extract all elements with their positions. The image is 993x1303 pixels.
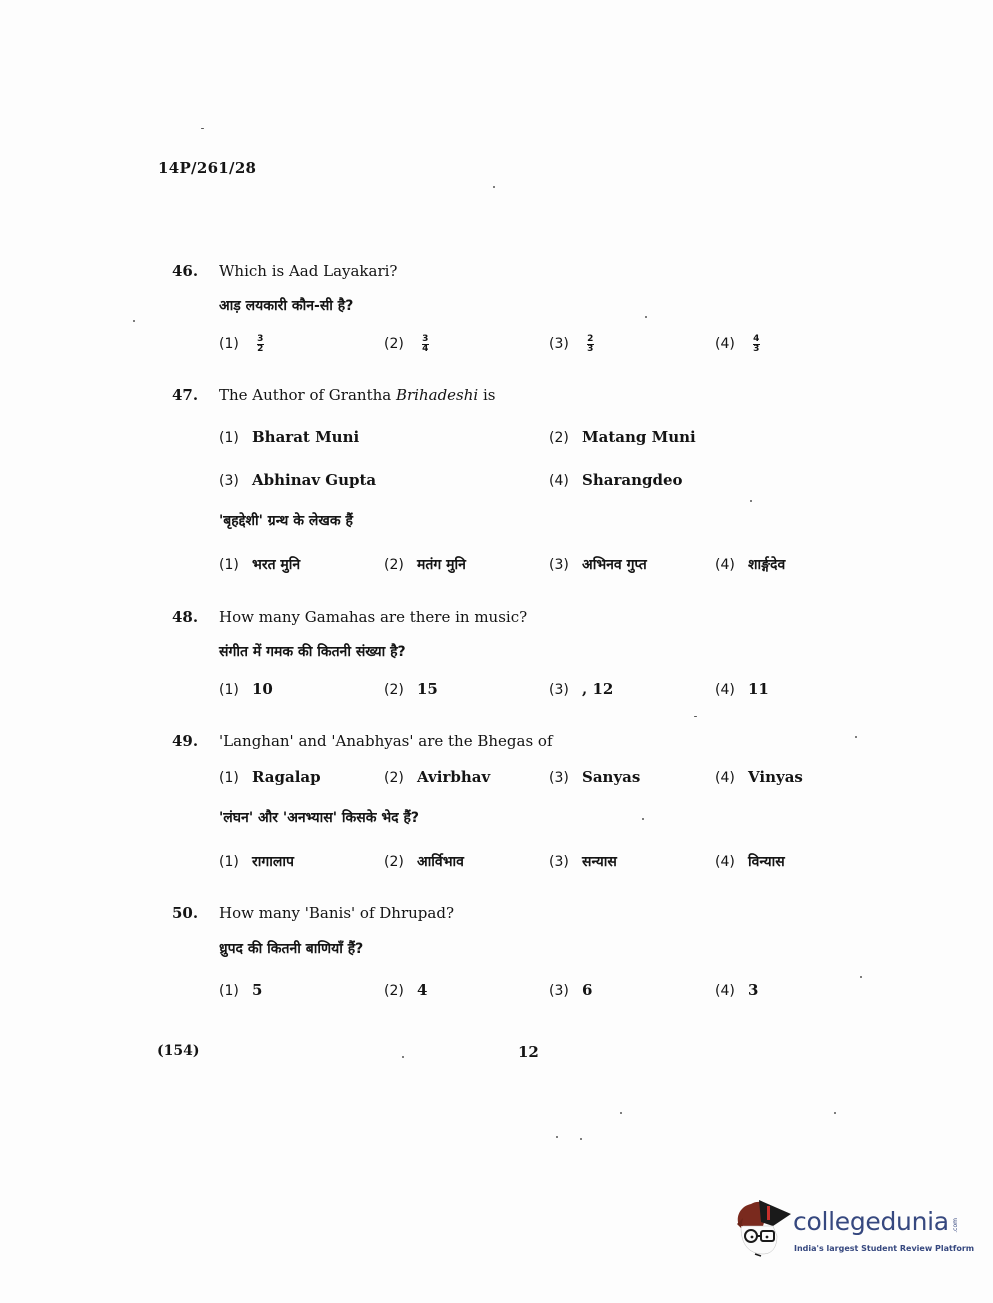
- option-label: (3): [549, 336, 582, 352]
- option-label: (2): [384, 854, 417, 870]
- option-value: मतंग मुनि: [417, 557, 466, 573]
- option-value: Ragalap: [252, 768, 321, 786]
- denominator: 3: [753, 345, 759, 354]
- option-value: 3: [748, 981, 758, 999]
- denominator: 4: [422, 345, 428, 354]
- denominator: 3: [587, 345, 593, 354]
- option-4: (4) 43: [715, 334, 760, 354]
- option-label: (4): [715, 682, 748, 698]
- option-label: (4): [715, 983, 748, 999]
- option-label: (1): [219, 682, 252, 698]
- option-label: (3): [549, 983, 582, 999]
- option-value: आर्विभाव: [417, 854, 464, 870]
- denominator: 2: [257, 345, 263, 354]
- option-label: (4): [715, 770, 748, 786]
- option-4-en: (4)Vinyas: [715, 768, 803, 786]
- question-number: 46.: [172, 262, 198, 280]
- option-4: (4)11: [715, 680, 769, 698]
- option-label: (2): [384, 336, 417, 352]
- option-2-en: (2)Avirbhav: [384, 768, 490, 786]
- option-label: (2): [549, 430, 582, 446]
- scan-speck: [860, 976, 862, 978]
- option-value: Vinyas: [748, 768, 803, 786]
- option-3-hi: (3)अभिनव गुप्त: [549, 555, 647, 574]
- option-value: 5: [252, 981, 262, 999]
- fraction: 32: [257, 335, 264, 354]
- option-value: 4: [417, 981, 427, 999]
- option-1-en: (1)Ragalap: [219, 768, 321, 786]
- brand-name: collegedunia: [793, 1207, 949, 1236]
- question-number: 48.: [172, 608, 198, 626]
- paper-code: 14P/261/28: [158, 159, 256, 177]
- option-label: (1): [219, 557, 252, 573]
- option-label: (2): [384, 682, 417, 698]
- option-label: (4): [715, 336, 748, 352]
- fraction: 43: [753, 335, 760, 354]
- scan-speck: [750, 500, 752, 502]
- option-label: (4): [715, 854, 748, 870]
- option-value: भरत मुनि: [252, 557, 300, 573]
- option-label: (2): [384, 557, 417, 573]
- option-4-hi: (4)विन्यास: [715, 852, 785, 871]
- option-3-en: (3)Abhinav Gupta: [219, 471, 376, 489]
- question-text-en: The Author of Grantha Brihadeshi is: [219, 386, 495, 404]
- scan-speck: [580, 1138, 582, 1140]
- option-label: (1): [219, 336, 252, 352]
- option-1-hi: (1)रागालाप: [219, 852, 294, 871]
- option-label: (1): [219, 770, 252, 786]
- footer-code: (154): [157, 1043, 199, 1059]
- option-value: रागालाप: [252, 854, 294, 870]
- text-part: is: [478, 386, 495, 404]
- option-4-hi: (4)शार्ङ्गदेव: [715, 555, 785, 574]
- fraction: 23: [587, 335, 594, 354]
- option-label: (1): [219, 983, 252, 999]
- option-value: सन्यास: [582, 854, 617, 870]
- option-value: Bharat Muni: [252, 428, 359, 446]
- question-number: 47.: [172, 386, 198, 404]
- option-3-en: (3)Sanyas: [549, 768, 640, 786]
- option-value: शार्ङ्गदेव: [748, 557, 785, 573]
- option-label: (1): [219, 854, 252, 870]
- option-1: (1)5: [219, 981, 262, 999]
- option-2-en: (2)Matang Muni: [549, 428, 696, 446]
- numerator: 3: [422, 335, 428, 344]
- scan-speck: [642, 818, 644, 820]
- option-value: , 12: [582, 680, 613, 698]
- scan-speck: [133, 320, 135, 322]
- option-3: (3) 23: [549, 334, 594, 354]
- mascot-icon: [733, 1196, 793, 1262]
- question-text-hi: ध्रुपद की कितनी बाणियाँ हैं?: [219, 939, 363, 958]
- option-label: (4): [715, 557, 748, 573]
- question-text-en: Which is Aad Layakari?: [219, 262, 397, 280]
- question-number: 50.: [172, 904, 198, 922]
- option-3: (3), 12: [549, 680, 613, 698]
- option-label: (1): [219, 430, 252, 446]
- brand-domain: .com: [952, 1218, 959, 1233]
- option-1: (1)10: [219, 680, 273, 698]
- scan-speck: [694, 716, 697, 717]
- option-value: 10: [252, 680, 273, 698]
- option-4-en: (4)Sharangdeo: [549, 471, 683, 489]
- numerator: 3: [257, 335, 263, 344]
- question-text-en: 'Langhan' and 'Anabhyas' are the Bhegas …: [219, 732, 553, 750]
- option-1-hi: (1)भरत मुनि: [219, 555, 300, 574]
- option-label: (2): [384, 770, 417, 786]
- option-2: (2)15: [384, 680, 438, 698]
- option-2: (2) 34: [384, 334, 429, 354]
- book-title: Brihadeshi: [396, 386, 478, 404]
- question-number: 49.: [172, 732, 198, 750]
- question-text-en: How many Gamahas are there in music?: [219, 608, 527, 626]
- scan-speck: [493, 186, 495, 188]
- numerator: 2: [587, 335, 593, 344]
- option-1-en: (1)Bharat Muni: [219, 428, 359, 446]
- option-2: (2)4: [384, 981, 427, 999]
- scan-speck: [620, 1112, 622, 1114]
- collegedunia-watermark: collegedunia .com India's largest Studen…: [733, 1196, 963, 1266]
- option-label: (2): [384, 983, 417, 999]
- option-value: अभिनव गुप्त: [582, 557, 647, 573]
- option-label: (3): [549, 557, 582, 573]
- text-part: The Author of Grantha: [219, 386, 396, 404]
- option-label: (3): [549, 854, 582, 870]
- numerator: 4: [753, 335, 759, 344]
- option-3-hi: (3)सन्यास: [549, 852, 617, 871]
- question-text-en: How many 'Banis' of Dhrupad?: [219, 904, 454, 922]
- scan-speck: [201, 128, 204, 129]
- option-label: (3): [549, 682, 582, 698]
- option-label: (4): [549, 473, 582, 489]
- option-label: (3): [219, 473, 252, 489]
- question-text-hi: 'बृहद्देशी' ग्रन्थ के लेखक हैं: [219, 511, 353, 530]
- question-text-hi: 'लंघन' और 'अनभ्यास' किसके भेद हैं?: [219, 808, 419, 827]
- option-value: 15: [417, 680, 438, 698]
- option-3: (3)6: [549, 981, 592, 999]
- option-label: (3): [549, 770, 582, 786]
- scan-speck: [556, 1136, 558, 1138]
- option-value: विन्यास: [748, 854, 785, 870]
- question-text-hi: आड़ लयकारी कौन-सी है?: [219, 296, 353, 315]
- option-value: Matang Muni: [582, 428, 696, 446]
- scan-speck: [402, 1056, 404, 1058]
- option-value: 11: [748, 680, 769, 698]
- option-2-hi: (2)आर्विभाव: [384, 852, 464, 871]
- scan-speck: [855, 736, 857, 738]
- option-value: Sanyas: [582, 768, 640, 786]
- option-value: Sharangdeo: [582, 471, 683, 489]
- option-1: (1) 32: [219, 334, 264, 354]
- page-number: 12: [518, 1043, 539, 1061]
- scan-speck: [834, 1112, 836, 1114]
- option-value: 6: [582, 981, 592, 999]
- option-4: (4)3: [715, 981, 758, 999]
- scan-speck: [645, 316, 647, 318]
- option-value: Abhinav Gupta: [252, 471, 376, 489]
- option-value: Avirbhav: [417, 768, 490, 786]
- fraction: 34: [422, 335, 429, 354]
- option-2-hi: (2)मतंग मुनि: [384, 555, 466, 574]
- exam-page: 14P/261/28 46. Which is Aad Layakari? आड…: [0, 0, 993, 1303]
- question-text-hi: संगीत में गमक की कितनी संख्या है?: [219, 642, 406, 661]
- brand-tagline: India's largest Student Review Platform: [794, 1244, 974, 1253]
